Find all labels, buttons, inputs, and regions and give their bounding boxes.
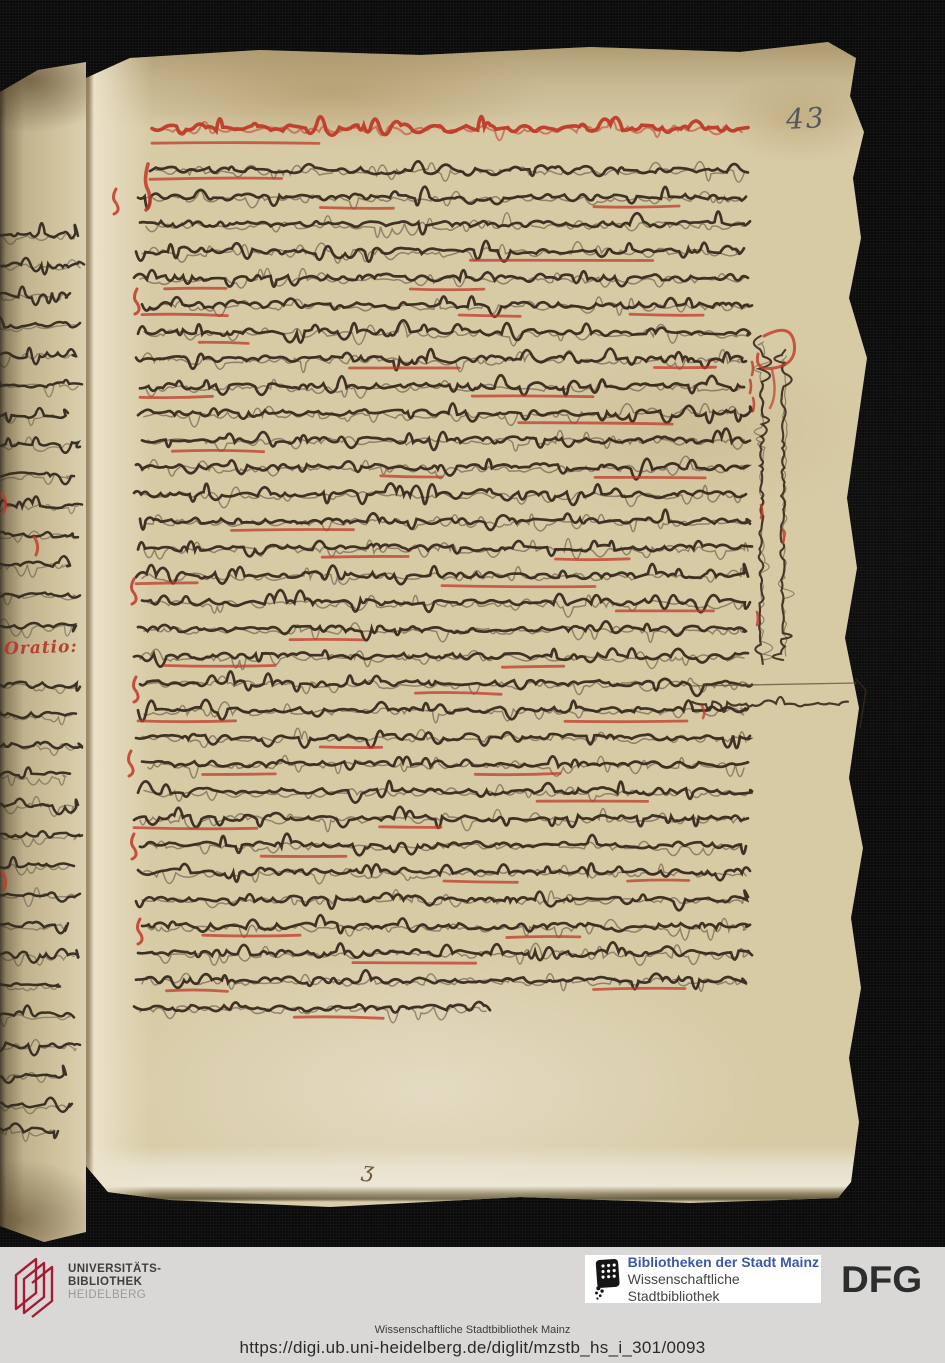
footer-bar: UNIVERSITÄTS- BIBLIOTHEK HEIDELBERG [0, 1247, 945, 1363]
folio-number: 43 [785, 101, 826, 136]
left-page-rubric: Oratio: [4, 637, 78, 660]
mainz-logo-line2: Wissenschaftliche Stadtbibliothek [628, 1271, 821, 1305]
heidelberg-logo-text: UNIVERSITÄTS- BIBLIOTHEK HEIDELBERG [68, 1263, 161, 1302]
mainz-logo: Bibliotheken der Stadt Mainz Wissenschaf… [585, 1255, 821, 1303]
scan-caption: Wissenschaftliche Stadtbibliothek Mainz [0, 1324, 945, 1336]
heidelberg-logo-line3: HEIDELBERG [68, 1289, 161, 1302]
manuscript-scan: Oratio: 43 ʒ UNIVERSITÄTS- BIBLIOTHEK HE… [0, 0, 945, 1363]
manuscript-page [0, 0, 945, 1363]
mainz-logo-line1: Bibliotheken der Stadt Mainz [628, 1254, 821, 1271]
previous-page-edge [0, 0, 100, 1260]
heidelberg-logo: UNIVERSITÄTS- BIBLIOTHEK HEIDELBERG [10, 1253, 161, 1321]
scan-url: https://digi.ub.uni-heidelberg.de/diglit… [0, 1338, 945, 1358]
mainz-book-icon [590, 1256, 622, 1302]
heidelberg-logo-line1: UNIVERSITÄTS- [68, 1263, 161, 1276]
heidelberg-book-icon [10, 1253, 60, 1321]
mainz-logo-text: Bibliotheken der Stadt Mainz Wissenschaf… [628, 1254, 821, 1305]
dfg-logo: DFG [841, 1259, 922, 1301]
heidelberg-logo-line2: BIBLIOTHEK [68, 1276, 161, 1289]
